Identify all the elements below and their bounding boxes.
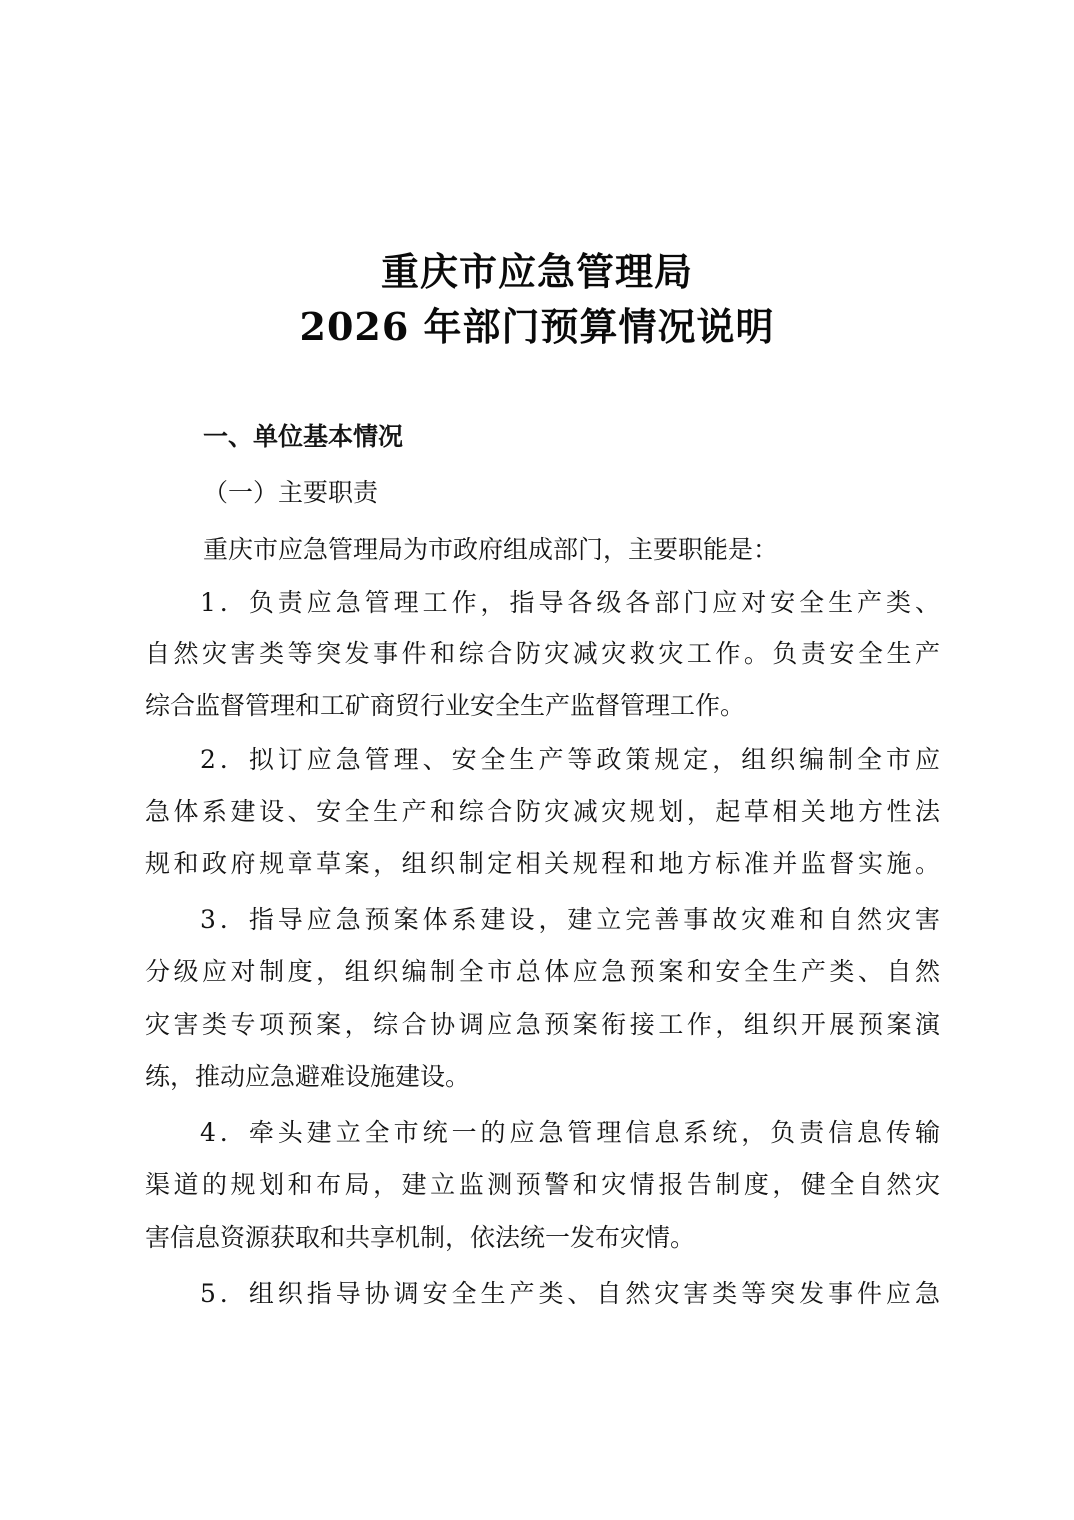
document-title-line-1: 重庆市应急管理局 (0, 248, 1074, 296)
subsection-heading: （一）主要职责 (203, 476, 378, 510)
document-page: 重庆市应急管理局 2026 年部门预算情况说明 一、单位基本情况 （一）主要职责… (0, 0, 1074, 1520)
item-4-line-2: 渠道的规划和布局，建立监测预警和灾情报告制度，健全自然灾 (145, 1168, 940, 1202)
item-4-line-1: 4．牵头建立全市统一的应急管理信息系统，负责信息传输 (200, 1116, 940, 1150)
item-3-line-4: 练，推动应急避难设施建设。 (145, 1060, 470, 1094)
item-5-line-1: 5．组织指导协调安全生产类、自然灾害类等突发事件应急 (200, 1277, 940, 1311)
item-1-line-3: 综合监督管理和工矿商贸行业安全生产监督管理工作。 (145, 689, 745, 723)
item-2-line-2: 急体系建设、安全生产和综合防灾减灾规划，起草相关地方性法 (145, 795, 940, 829)
section-heading: 一、单位基本情况 (203, 420, 403, 454)
item-4-line-3: 害信息资源获取和共享机制，依法统一发布灾情。 (145, 1221, 695, 1255)
item-3-line-1: 3．指导应急预案体系建设，建立完善事故灾难和自然灾害 (200, 903, 940, 937)
item-3-line-2: 分级应对制度，组织编制全市总体应急预案和安全生产类、自然 (145, 955, 940, 989)
document-title-line-2: 2026 年部门预算情况说明 (0, 303, 1074, 351)
item-3-line-3: 灾害类专项预案，综合协调应急预案衔接工作，组织开展预案演 (145, 1008, 940, 1042)
item-1-line-2: 自然灾害类等突发事件和综合防灾减灾救灾工作。负责安全生产 (145, 637, 940, 671)
item-2-line-1: 2．拟订应急管理、安全生产等政策规定，组织编制全市应 (200, 743, 940, 777)
item-1-line-1: 1．负责应急管理工作，指导各级各部门应对安全生产类、 (200, 586, 940, 620)
intro-paragraph: 重庆市应急管理局为市政府组成部门，主要职能是： (203, 533, 778, 567)
item-2-line-3: 规和政府规章草案，组织制定相关规程和地方标准并监督实施。 (145, 847, 940, 881)
